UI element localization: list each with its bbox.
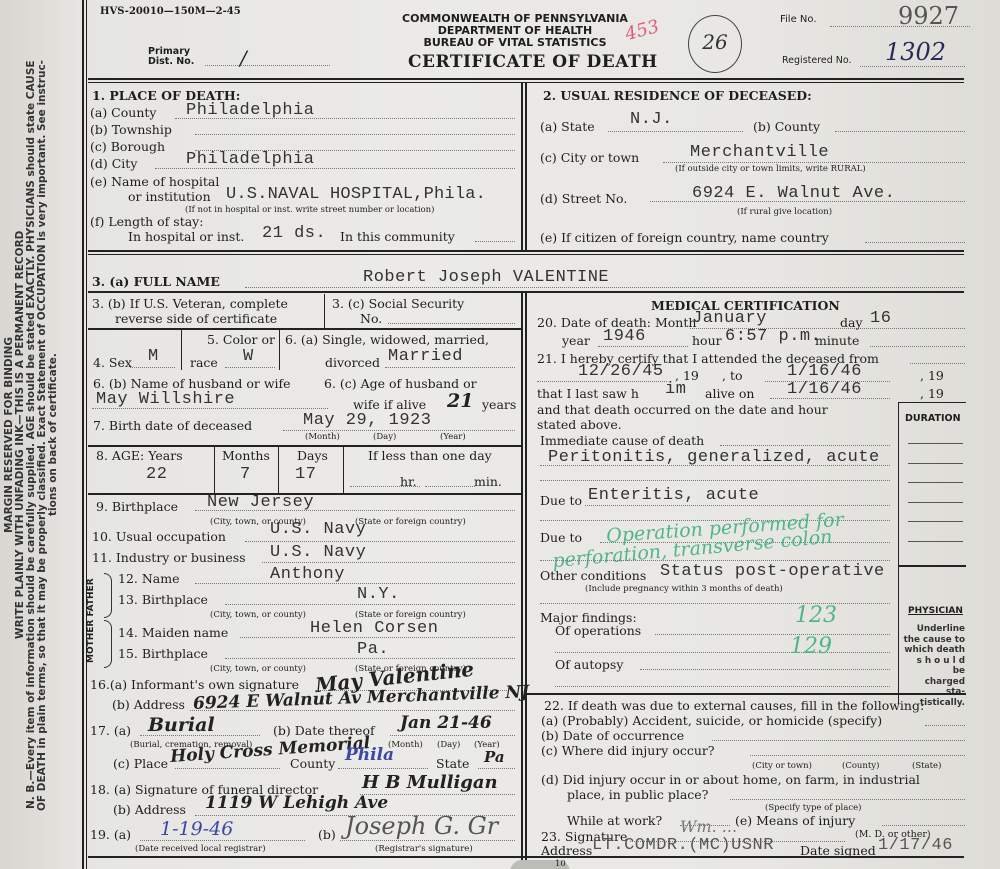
nineteen-label: , 19 [920,368,944,383]
registrar-signature-value: Joseph G. Gr [345,812,498,840]
wife-if-alive-label: wife if alive [353,397,426,412]
field-line [475,241,515,242]
birth-day-hint: (Day) [373,432,396,442]
spouse-age-value: 21 [447,390,473,412]
field-line [860,66,965,67]
day-label: day [840,315,863,330]
death-hour-value: 6:57 p.m. [725,327,821,346]
min-label: min. [474,474,502,489]
hospital-value: U.S.NAVAL HOSPITAL,Phila. [226,185,486,204]
duration-line [908,443,963,444]
row-rule [88,328,521,330]
of-operations-label: Of operations [555,623,641,638]
field-line [540,465,890,466]
stay-hospital-value: 21 ds. [262,224,326,243]
length-of-stay-label: (f) Length of stay: [90,214,203,229]
to-label: , to [722,368,743,383]
registrar-date-value: 1-19-46 [160,818,233,840]
death-year-value: 1946 [603,327,646,346]
field-line [540,480,890,481]
stated-above-label: stated above. [537,417,622,432]
field-line [712,740,965,741]
foreign-country-label: (e) If citizen of foreign country, name … [540,230,829,245]
field-line [585,505,890,506]
field-line [555,686,890,687]
res-city-label: (c) City or town [540,150,639,165]
external-b-label: (b) Date of occurrence [541,728,684,743]
field-line [910,363,965,364]
field-line [390,735,515,736]
community-label: In this community [340,229,455,244]
birthplace-label: 9. Birthplace [96,499,178,514]
date-signed-label: Date signed [800,843,876,858]
burial-county-label: County [290,756,335,771]
cell-divider [181,330,182,370]
registered-no-value: 1302 [885,38,946,66]
burial-place-value: Holy Cross Memorial [170,733,371,767]
autopsy-code: 129 [790,634,832,659]
place-hint-state: (State or foreign country) [355,517,466,527]
date-signed-value: 1/17/46 [878,836,953,855]
township-label: (b) Township [90,122,172,137]
field-line [608,131,743,132]
due-to-label-2: Due to [540,530,582,545]
last-saw-date: 1/16/46 [787,380,862,399]
due-to-label-1: Due to [540,493,582,508]
mother-maiden-label: 14. Maiden name [118,625,228,640]
occurred-label: and that death occurred on the date and … [537,402,828,417]
field-line [598,346,688,347]
death-day-value: 16 [870,309,891,328]
external-c-hint-county: (County) [842,761,879,771]
issuing-authority: COMMONWEALTH OF PENNSYLVANIA DEPARTMENT … [395,13,635,49]
field-line [205,65,330,66]
field-line [730,799,965,800]
industry-value: U.S. Navy [270,543,366,562]
registrar-signature-hint: (Registrar's signature) [375,844,473,854]
death-county-value: Philadelphia [186,101,314,120]
external-c-hint-state: (State) [912,761,941,771]
industry-label: 11. Industry or business [92,550,246,565]
field-line [385,367,515,368]
funeral-director-value: H B Mulligan [362,772,498,793]
immediate-cause-label: Immediate cause of death [540,433,704,448]
field-line [540,603,890,604]
field-line [882,825,965,826]
age-months-value: 7 [240,465,251,484]
street-hint: (If rural give location) [737,207,832,217]
father-name-label: 12. Name [118,571,180,586]
mother-birthplace-value: Pa. [357,640,389,659]
external-a-label: (a) (Probably) Accident, suicide, or hom… [541,713,882,728]
column-rule [521,293,523,869]
file-no-value: 9927 [898,2,959,30]
borough-label: (c) Borough [90,139,165,154]
section-rule [88,78,964,80]
margin-line: tions on back of certificate. [48,20,59,850]
margin-instructions: MARGIN RESERVED FOR BINDING WRITE PLAINL… [4,20,80,850]
field-line [640,669,890,670]
death-city-value: Philadelphia [186,150,314,169]
other-conditions-value: Status post-operative [660,562,885,581]
age-days-label: Days [297,448,328,463]
mother-birthplace-label: 15. Birthplace [118,646,208,661]
means-of-injury-label: (e) Means of injury [735,813,855,828]
burial-value: Burial [148,714,215,736]
residence-street-value: 6924 E. Walnut Ave. [692,184,895,203]
circled-annotation: 26 [688,15,742,73]
primary-dist-value: / [240,46,247,70]
external-c-label: (c) Where did injury occur? [541,743,715,758]
burial-label: 17. (a) [90,723,131,738]
veteran-label-2: reverse side of certificate [115,311,277,326]
duration-line [908,521,963,522]
place-hint-city: (City, town, or county) [210,610,306,620]
father-name-value: Anthony [270,565,345,584]
death-certificate: MARGIN RESERVED FOR BINDING WRITE PLAINL… [0,0,1000,869]
marital-label: 6. (a) Single, widowed, married, [285,332,489,347]
res-city-hint: (If outside city or town limits, write R… [675,164,866,174]
form-code: HVS-20010—150M—2-45 [100,6,241,17]
burial-place-label: (c) Place [113,756,168,771]
veteran-label: 3. (b) If U.S. Veteran, complete [92,296,288,311]
marital-value: Married [388,347,463,366]
field-line [835,131,965,132]
field-line [92,408,328,409]
spouse-age-label: 6. (c) Age of husband or [324,376,477,391]
address-label: Address [541,843,592,858]
registrar-date-hint: (Date received local registrar) [135,844,266,854]
field-line [175,768,280,769]
section-rule [88,250,964,252]
cell-divider [324,294,325,328]
field-line [225,367,275,368]
field-line [262,562,515,563]
divorced-label: divorced [325,355,380,370]
alive-on-label: alive on [705,386,754,401]
external-c-hint-city: (City or town) [752,761,812,771]
registered-no-label: Registered No. [782,55,852,66]
due-to-value-1: Enteritis, acute [588,486,759,505]
age-days-value: 17 [295,465,316,484]
birthplace-value: New Jersey [207,493,314,512]
physician-signature-value: Wm. ... [680,817,737,836]
institution-label: or institution [128,189,211,204]
ssn-field [388,323,515,324]
page-mark: 10 [555,859,566,869]
father-birthplace-value: N.Y. [357,585,400,604]
field-line [283,430,515,431]
death-month-value: January [692,309,767,328]
residence-heading: 2. USUAL RESIDENCE OF DECEASED: [543,88,812,103]
field-line [865,242,965,243]
burial-date-hint-day: (Day) [437,740,460,750]
field-line [478,768,515,769]
registrar-date-label: 19. (a) [90,827,131,842]
nineteen-label: , 19 [920,386,944,401]
row-rule [88,445,521,447]
field-line [655,634,890,635]
place-hint-city: (City, town, or county) [210,664,306,674]
field-line [540,560,890,561]
age-years-label: 8. AGE: Years [96,448,183,463]
hospital-label: (e) Name of hospital [90,174,219,189]
age-months-label: Months [222,448,270,463]
external-heading: 22. If death was due to external causes,… [544,698,924,713]
field-line [245,541,515,542]
field-line [555,652,890,653]
of-autopsy-label: Of autopsy [555,657,623,672]
spouse-name-value: May Willshire [96,390,235,409]
physician-label: PHYSICIAN [908,606,963,616]
duration-line [908,482,963,483]
burial-state-label: State [436,756,469,771]
field-line [720,445,890,446]
year-label: year [562,333,590,348]
field-line [340,840,515,841]
father-bracket [104,573,112,618]
registrar-signature-label: (b) [318,827,336,842]
min-field [425,486,475,487]
operations-code: 123 [795,603,837,628]
res-county-label: (b) County [753,119,820,134]
less-than-day-label: If less than one day [368,448,492,463]
cell-divider [279,330,280,370]
city-label: (d) City [90,156,137,171]
last-saw-label: that I last saw h [537,386,639,401]
duration-rule [898,565,966,567]
binding-rule [82,0,84,869]
binding-rule [86,0,87,869]
mother-maiden-value: Helen Corsen [310,619,438,638]
full-name-value: Robert Joseph VALENTINE [363,268,609,287]
age-years-value: 22 [146,465,167,484]
burial-state-value: Pa [484,748,505,766]
section-rule [526,693,966,695]
hr-label: hr. [400,474,417,489]
hospital-hint: (If not in hospital or inst. write stree… [185,205,434,215]
occupation-label: 10. Usual occupation [92,529,226,544]
cell-divider [278,447,279,493]
informant-address-label: (b) Address [112,697,185,712]
parents-group-label: MOTHER FATHER [86,573,96,669]
cell-divider [214,447,215,493]
color-label: 5. Color or [207,332,275,347]
duration-label: DURATION [905,413,961,424]
birth-date-label: 7. Birth date of deceased [93,418,252,433]
physician-address-value: LT.COMDR.(MC)USNR [592,836,774,855]
state-label: (a) State [540,119,595,134]
residence-state-value: N.J. [630,110,673,129]
field-line [750,755,965,756]
certificate-title: CERTIFICATE OF DEATH [408,52,658,72]
sex-label: 4. Sex [93,355,132,370]
field-line [338,768,428,769]
external-d-hint: (Specify type of place) [765,803,861,813]
sex-value: M [148,347,159,366]
other-conditions-hint: (Include pregnancy within 3 months of de… [585,584,783,594]
ssn-label: 3. (c) Social Security [332,296,464,311]
other-conditions-label: Other conditions [540,568,646,583]
column-rule [521,82,523,250]
mother-bracket [104,620,112,668]
field-line [870,346,965,347]
years-label: years [482,397,516,412]
birth-month-hint: (Month) [305,432,340,442]
duration-line [908,463,963,464]
race-value: W [243,347,254,366]
duration-line [908,541,963,542]
field-line [245,287,965,288]
residence-city-value: Merchantville [690,143,829,162]
race-label: race [190,355,218,370]
occupation-value: U.S. Navy [270,520,366,539]
file-no-label: File No. [780,14,817,25]
spouse-label: 6. (b) Name of husband or wife [93,376,291,391]
attended-to-value: 1/16/46 [787,362,862,381]
burial-county-value: Phila [345,745,394,765]
field-line [537,381,667,382]
cell-divider [343,447,344,493]
field-line [140,840,305,841]
full-name-label: 3. (a) FULL NAME [92,274,220,289]
attended-from-value: 12/26/45 [578,362,664,381]
section-rule [88,254,964,255]
field-line [225,604,515,605]
duration-line [908,502,963,503]
street-label: (d) Street No. [540,191,627,206]
while-at-work-label: While at work? [567,813,662,828]
funeral-address-label: (b) Address [113,802,186,817]
column-rule [525,82,527,250]
field-line [663,162,965,163]
stay-hospital-label: In hospital or inst. [128,229,244,244]
field-line [130,367,175,368]
field-line [925,725,965,726]
external-d-label: (d) Did injury occur in or about home, o… [541,772,920,787]
informant-signature-label: 16.(a) Informant's own signature [90,677,299,692]
birth-date-value: May 29, 1923 [303,411,431,430]
ssn-label-2: No. [360,311,382,326]
funeral-address-value: 1119 W Lehigh Ave [205,793,388,813]
birth-year-hint: (Year) [440,432,466,442]
column-rule [525,293,527,869]
last-saw-pronoun: im [665,380,686,399]
external-d-label-2: place, in public place? [567,787,708,802]
primary-dist-label: Primary Dist. No. [148,47,194,67]
field-line [195,134,515,135]
field-line [195,583,515,584]
father-birthplace-label: 13. Birthplace [118,592,208,607]
hour-label: hour [692,333,722,348]
county-label: (a) County [90,105,156,120]
burial-date-value: Jan 21-46 [400,713,492,733]
minute-label: minute [815,333,859,348]
physician-note: Underline the cause to which death s h o… [903,624,965,708]
